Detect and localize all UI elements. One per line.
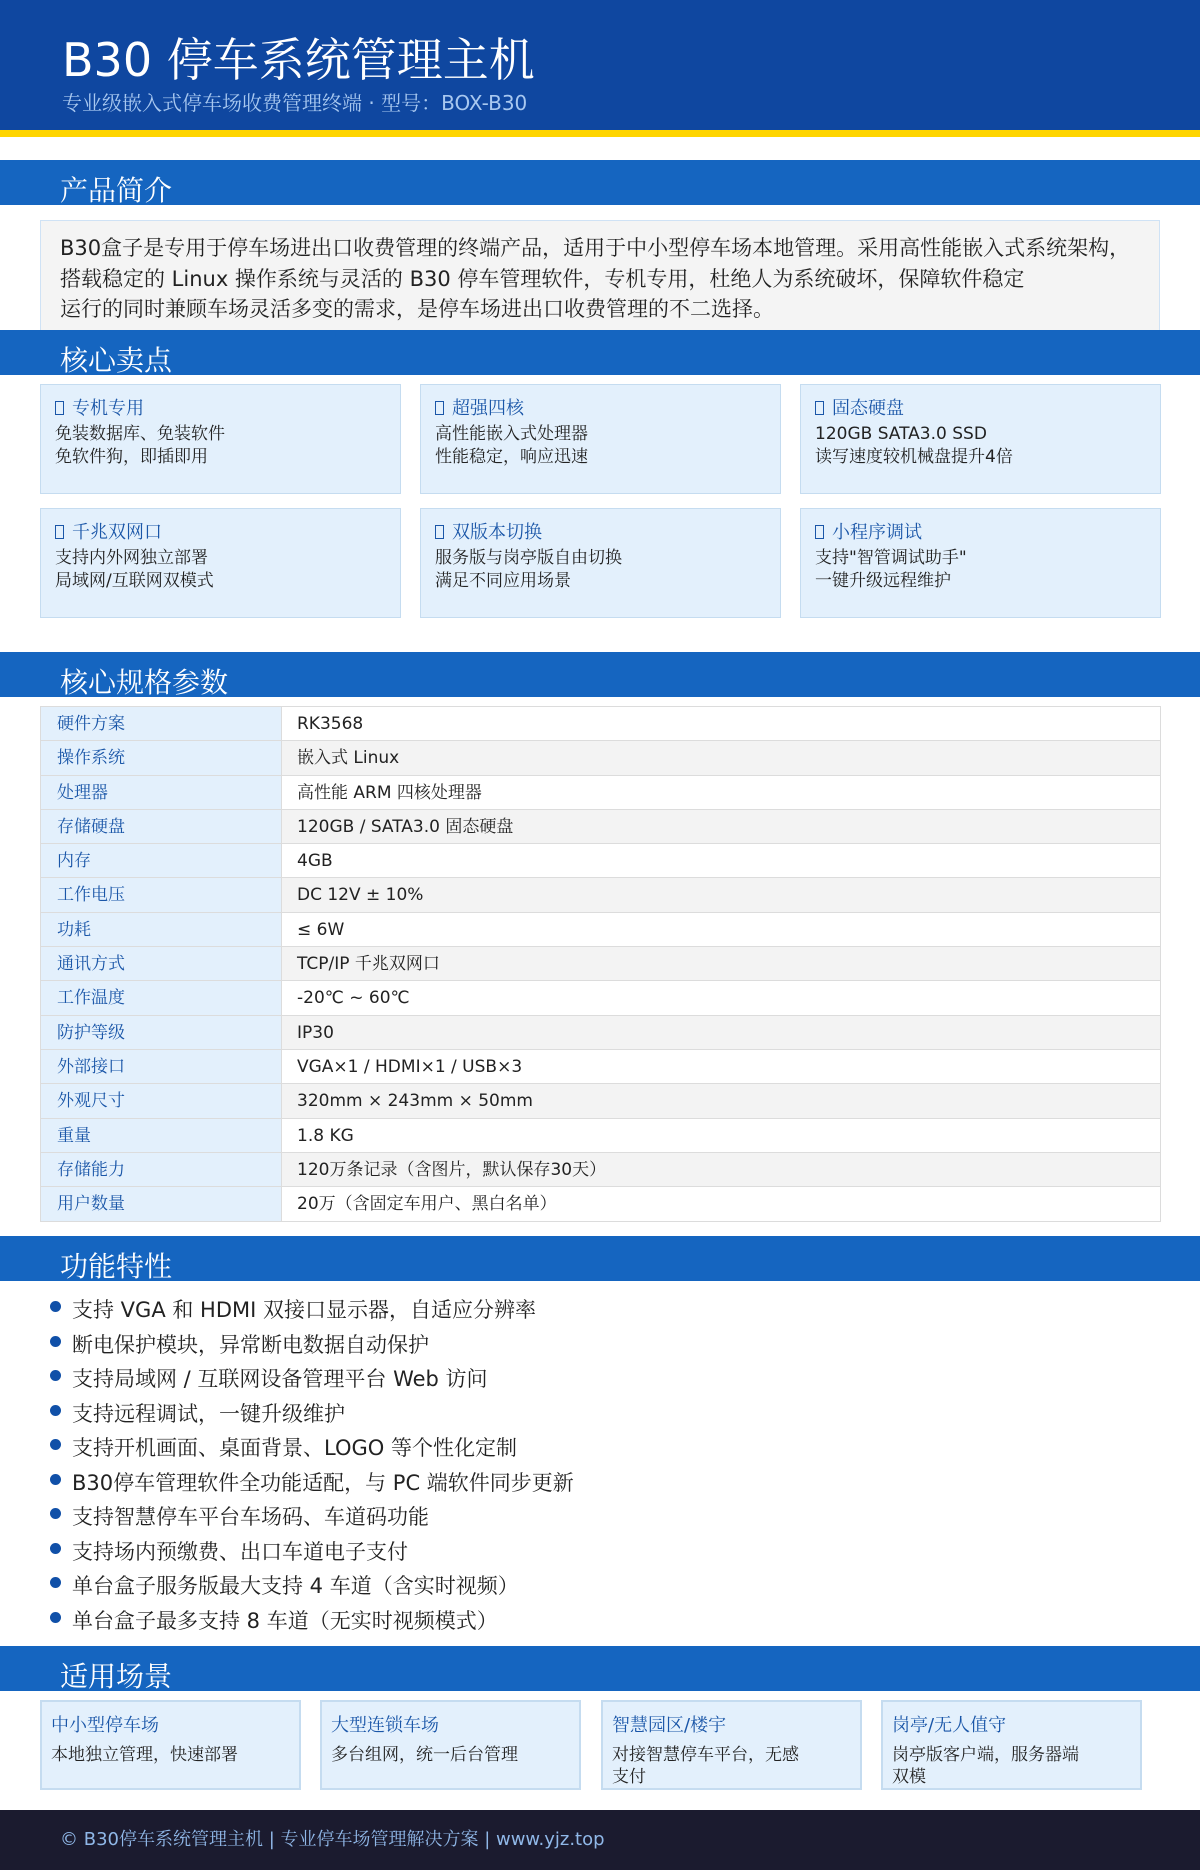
feature-card: 小程序调试 支持"智管调试助手" 一键升级远程维护 <box>800 508 1161 618</box>
list-item-text: 断电保护模块，异常断电数据自动保护 <box>72 1333 429 1357</box>
bullet-icon <box>50 1577 61 1588</box>
spec-value: 20万（含固定车用户、黑白名单） <box>282 1187 1160 1221</box>
accent-stripe <box>0 130 1200 137</box>
table-row: 外部接口VGA×1 / HDMI×1 / USB×3 <box>41 1050 1160 1084</box>
table-row: 用户数量20万（含固定车用户、黑白名单） <box>41 1187 1160 1221</box>
feature-desc: 一键升级远程维护 <box>815 570 951 593</box>
bullet-icon <box>50 1508 61 1519</box>
missing-glyph-icon <box>55 525 64 539</box>
missing-glyph-icon <box>55 401 64 415</box>
spec-value: IP30 <box>282 1016 1160 1049</box>
scenario-desc: 岗亭版客户端，服务器端双模 <box>892 1744 1082 1788</box>
spec-value: 高性能 ARM 四核处理器 <box>282 776 1160 809</box>
scenario-card: 中小型停车场 本地独立管理，快速部署 <box>40 1700 301 1790</box>
spec-label: 硬件方案 <box>41 707 282 740</box>
spec-label: 外观尺寸 <box>41 1084 282 1117</box>
spec-value: TCP/IP 千兆双网口 <box>282 947 1160 980</box>
list-item: 单台盒子最多支持 8 车道（无实时视频模式） <box>50 1604 574 1639</box>
spec-label: 通讯方式 <box>41 947 282 980</box>
feature-desc: 120GB SATA3.0 SSD <box>815 423 987 446</box>
missing-glyph-icon <box>815 401 824 415</box>
spec-value: DC 12V ± 10% <box>282 878 1160 911</box>
feature-desc: 读写速度较机械盘提升4倍 <box>815 446 1013 469</box>
scenario-title: 智慧园区/楼宇 <box>612 1714 726 1738</box>
spec-value: 320mm × 243mm × 50mm <box>282 1084 1160 1117</box>
page-title: B30 停车系统管理主机 <box>62 30 535 90</box>
intro-line: 运行的同时兼顾车场灵活多变的需求，是停车场进出口收费管理的不二选择。 <box>60 294 1130 325</box>
feature-title: 专机专用 <box>72 398 144 419</box>
spec-label: 内存 <box>41 844 282 877</box>
spec-table: 硬件方案RK3568 操作系统嵌入式 Linux 处理器高性能 ARM 四核处理… <box>40 706 1161 1222</box>
feature-title: 超强四核 <box>452 398 524 419</box>
feature-card: 双版本切换 服务版与岗亭版自由切换 满足不同应用场景 <box>420 508 781 618</box>
feature-desc: 免软件狗，即插即用 <box>55 446 208 469</box>
table-row: 重量1.8 KG <box>41 1119 1160 1153</box>
bullet-icon <box>50 1543 61 1554</box>
page-subtitle: 专业级嵌入式停车场收费管理终端 · 型号：BOX-B30 <box>62 90 527 116</box>
table-row: 防护等级IP30 <box>41 1016 1160 1050</box>
table-row: 操作系统嵌入式 Linux <box>41 741 1160 775</box>
table-row: 硬件方案RK3568 <box>41 707 1160 741</box>
table-row: 内存4GB <box>41 844 1160 878</box>
spec-value: RK3568 <box>282 707 1160 740</box>
list-item-text: 支持 VGA 和 HDMI 双接口显示器，自适应分辨率 <box>72 1298 536 1322</box>
list-item: B30停车管理软件全功能适配，与 PC 端软件同步更新 <box>50 1466 574 1501</box>
missing-glyph-icon <box>435 525 444 539</box>
spec-value: ≤ 6W <box>282 913 1160 946</box>
list-item: 支持 VGA 和 HDMI 双接口显示器，自适应分辨率 <box>50 1293 574 1328</box>
list-item: 支持开机画面、桌面背景、LOGO 等个性化定制 <box>50 1431 574 1466</box>
section-title: 核心规格参数 <box>60 663 228 697</box>
list-item-text: 支持远程调试，一键升级维护 <box>72 1402 345 1426</box>
bullet-icon <box>50 1405 61 1416</box>
page-header: B30 停车系统管理主机 专业级嵌入式停车场收费管理终端 · 型号：BOX-B3… <box>0 0 1200 130</box>
footer-text: © B30停车系统管理主机 | 专业停车场管理解决方案 | www.yjz.to… <box>60 1827 605 1853</box>
spec-label: 外部接口 <box>41 1050 282 1083</box>
spec-label: 功耗 <box>41 913 282 946</box>
scenario-title: 岗亭/无人值守 <box>892 1714 1006 1738</box>
list-item-text: 支持开机画面、桌面背景、LOGO 等个性化定制 <box>72 1436 517 1460</box>
feature-title: 小程序调试 <box>832 522 922 543</box>
list-item-text: 支持智慧停车平台车场码、车道码功能 <box>72 1505 429 1529</box>
section-header-scenarios: 适用场景 <box>0 1646 1200 1691</box>
bullet-icon <box>50 1370 61 1381</box>
list-item-text: 单台盒子服务版最大支持 4 车道（含实时视频） <box>72 1574 519 1598</box>
feature-card: 千兆双网口 支持内外网独立部署 局域网/互联网双模式 <box>40 508 401 618</box>
missing-glyph-icon <box>815 525 824 539</box>
spec-value: 1.8 KG <box>282 1119 1160 1152</box>
spec-label: 存储硬盘 <box>41 810 282 843</box>
list-item-text: B30停车管理软件全功能适配，与 PC 端软件同步更新 <box>72 1471 574 1495</box>
feature-title: 固态硬盘 <box>832 398 904 419</box>
spec-label: 工作温度 <box>41 981 282 1014</box>
bullet-icon <box>50 1474 61 1485</box>
table-row: 存储硬盘120GB / SATA3.0 固态硬盘 <box>41 810 1160 844</box>
spec-label: 操作系统 <box>41 741 282 774</box>
scenario-title: 大型连锁车场 <box>331 1714 439 1738</box>
feature-desc: 支持"智管调试助手" <box>815 547 967 570</box>
list-item: 支持远程调试，一键升级维护 <box>50 1397 574 1432</box>
list-item: 断电保护模块，异常断电数据自动保护 <box>50 1328 574 1363</box>
list-item-text: 单台盒子最多支持 8 车道（无实时视频模式） <box>72 1609 498 1633</box>
feature-title: 千兆双网口 <box>72 522 162 543</box>
spec-label: 处理器 <box>41 776 282 809</box>
feature-card: 固态硬盘 120GB SATA3.0 SSD 读写速度较机械盘提升4倍 <box>800 384 1161 494</box>
feature-desc: 满足不同应用场景 <box>435 570 571 593</box>
list-item: 支持场内预缴费、出口车道电子支付 <box>50 1535 574 1570</box>
intro-paragraph: B30盒子是专用于停车场进出口收费管理的终端产品，适用于中小型停车场本地管理。采… <box>60 233 1130 325</box>
spec-label: 重量 <box>41 1119 282 1152</box>
list-item-text: 支持局域网 / 互联网设备管理平台 Web 访问 <box>72 1367 488 1391</box>
section-title: 功能特性 <box>60 1247 172 1281</box>
scenario-card: 岗亭/无人值守 岗亭版客户端，服务器端双模 <box>881 1700 1142 1790</box>
feature-title: 双版本切换 <box>452 522 542 543</box>
feature-desc: 高性能嵌入式处理器 <box>435 423 588 446</box>
scenario-desc: 本地独立管理，快速部署 <box>51 1744 241 1766</box>
bullet-icon <box>50 1612 61 1623</box>
feature-desc: 性能稳定，响应迅速 <box>435 446 588 469</box>
table-row: 通讯方式TCP/IP 千兆双网口 <box>41 947 1160 981</box>
table-row: 存储能力120万条记录（含图片，默认保存30天） <box>41 1153 1160 1187</box>
scenario-desc: 多台组网，统一后台管理 <box>331 1744 521 1766</box>
feature-desc: 免装数据库、免装软件 <box>55 423 225 446</box>
list-item: 单台盒子服务版最大支持 4 车道（含实时视频） <box>50 1569 574 1604</box>
scenario-card: 大型连锁车场 多台组网，统一后台管理 <box>320 1700 581 1790</box>
section-header-highlights: 核心卖点 <box>0 330 1200 375</box>
table-row: 工作电压DC 12V ± 10% <box>41 878 1160 912</box>
section-title: 核心卖点 <box>60 341 172 375</box>
spec-label: 用户数量 <box>41 1187 282 1221</box>
intro-line: B30盒子是专用于停车场进出口收费管理的终端产品，适用于中小型停车场本地管理。采… <box>60 233 1130 264</box>
missing-glyph-icon <box>435 401 444 415</box>
feature-desc: 支持内外网独立部署 <box>55 547 208 570</box>
list-item: 支持局域网 / 互联网设备管理平台 Web 访问 <box>50 1362 574 1397</box>
spec-label: 防护等级 <box>41 1016 282 1049</box>
scenario-desc: 对接智慧停车平台，无感支付 <box>612 1744 802 1788</box>
feature-card: 专机专用 免装数据库、免装软件 免软件狗，即插即用 <box>40 384 401 494</box>
spec-label: 存储能力 <box>41 1153 282 1186</box>
list-item: 支持智慧停车平台车场码、车道码功能 <box>50 1500 574 1535</box>
section-title: 适用场景 <box>60 1657 172 1691</box>
feature-desc: 服务版与岗亭版自由切换 <box>435 547 622 570</box>
list-item-text: 支持场内预缴费、出口车道电子支付 <box>72 1540 408 1564</box>
scenario-card: 智慧园区/楼宇 对接智慧停车平台，无感支付 <box>601 1700 862 1790</box>
intro-line: 搭载稳定的 Linux 操作系统与灵活的 B30 停车管理软件，专机专用，杜绝人… <box>60 264 1130 295</box>
bullet-icon <box>50 1301 61 1312</box>
table-row: 工作温度-20℃ ~ 60℃ <box>41 981 1160 1015</box>
table-row: 功耗≤ 6W <box>41 913 1160 947</box>
section-header-specs: 核心规格参数 <box>0 652 1200 697</box>
table-row: 处理器高性能 ARM 四核处理器 <box>41 776 1160 810</box>
section-header-intro: 产品简介 <box>0 160 1200 205</box>
section-header-functions: 功能特性 <box>0 1236 1200 1281</box>
page-footer: © B30停车系统管理主机 | 专业停车场管理解决方案 | www.yjz.to… <box>0 1810 1200 1870</box>
spec-value: VGA×1 / HDMI×1 / USB×3 <box>282 1050 1160 1083</box>
feature-card: 超强四核 高性能嵌入式处理器 性能稳定，响应迅速 <box>420 384 781 494</box>
bullet-icon <box>50 1336 61 1347</box>
spec-value: -20℃ ~ 60℃ <box>282 981 1160 1014</box>
spec-value: 120万条记录（含图片，默认保存30天） <box>282 1153 1160 1186</box>
spec-label: 工作电压 <box>41 878 282 911</box>
bullet-icon <box>50 1439 61 1450</box>
spec-value: 120GB / SATA3.0 固态硬盘 <box>282 810 1160 843</box>
function-list: 支持 VGA 和 HDMI 双接口显示器，自适应分辨率 断电保护模块，异常断电数… <box>50 1293 574 1638</box>
spec-value: 嵌入式 Linux <box>282 741 1160 774</box>
section-title: 产品简介 <box>60 171 172 205</box>
table-row: 外观尺寸320mm × 243mm × 50mm <box>41 1084 1160 1118</box>
scenario-title: 中小型停车场 <box>51 1714 159 1738</box>
feature-desc: 局域网/互联网双模式 <box>55 570 214 593</box>
spec-value: 4GB <box>282 844 1160 877</box>
